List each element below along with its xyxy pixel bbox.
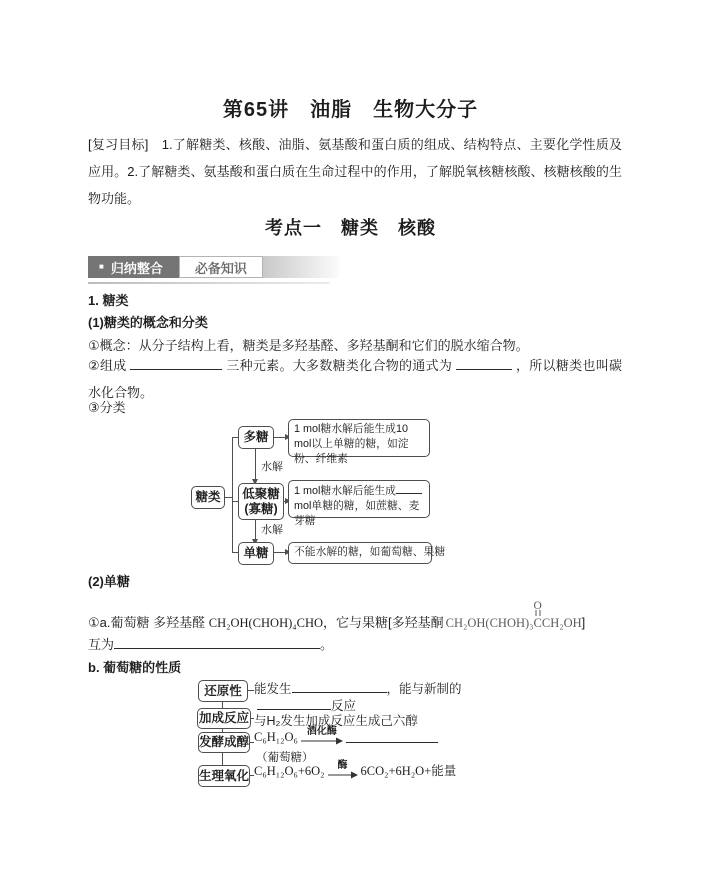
document-page: 第65讲 油脂 生物大分子 [复习目标] 1.了解糖类、核酸、油脂、氨基酸和蛋白… — [0, 0, 701, 877]
node-oligosaccharide-sublabel: (寡糖) — [244, 502, 277, 517]
node-addition: 加成反应 — [197, 708, 251, 729]
hydrolysis-label-top: 水解 — [261, 458, 283, 474]
arrow-down-icon — [255, 518, 256, 540]
carbonyl-group: CO — [534, 616, 542, 631]
node-reduction-label: 还原性 — [204, 684, 242, 699]
heading-sugar: 1. 糖类 — [88, 290, 128, 309]
fructose-structural-formula: CH₂OH(CHOH)₃COCH₂OH — [446, 616, 582, 631]
composition-mid: 三种元素。大多数糖类化合物的通式为 — [226, 358, 452, 373]
glucose-pre: ①a.葡萄糖 多羟基醛 — [88, 615, 209, 630]
section-banner: ■ 归纳整合 必备知识 — [88, 256, 339, 278]
bracket-close: ] — [582, 615, 586, 630]
banner-underline — [88, 282, 330, 284]
node-reduction: 还原性 — [198, 680, 248, 702]
classify-label: ③分类 — [88, 397, 126, 416]
desc-oligosaccharide: 1 mol糖水解后能生成 mol单糖的糖，如蔗糖、麦芽糖 — [288, 480, 430, 518]
composition-pre: ②组成 — [88, 358, 127, 373]
node-monosaccharide: 单糖 — [238, 542, 274, 565]
enzyme-label: 酶 — [338, 760, 348, 771]
oxidation-right: 6CO₂+6H₂O+能量 — [361, 761, 457, 779]
reduction-t2: ，能与新制的 — [387, 682, 462, 696]
node-fermentation: 发酵成醇 — [198, 732, 250, 753]
glucose-mid: ，它与果糖[多羟基酮 — [323, 615, 444, 630]
reduction-t1: 能发生 — [254, 682, 292, 696]
node-monosaccharide-label: 单糖 — [243, 546, 268, 561]
desc-oligosaccharide-pre: 1 mol糖水解后能生成 — [294, 485, 396, 497]
enzyme-label: 酒化酶 — [307, 726, 337, 737]
heading-concept-class: (1)糖类的概念和分类 — [88, 312, 208, 331]
blank-line — [346, 729, 438, 743]
banner-tab-secondary-label: 必备知识 — [195, 258, 247, 277]
blank-line — [114, 635, 320, 649]
blank-line — [456, 356, 512, 370]
blank-line — [396, 483, 422, 494]
fructose-suffix: CH₂OH — [542, 616, 582, 630]
node-addition-label: 加成反应 — [199, 711, 249, 726]
node-polysaccharide-label: 多糖 — [243, 430, 268, 445]
node-oxidation: 生理氧化 — [198, 765, 250, 787]
heading-monosaccharide: (2)单糖 — [88, 571, 130, 590]
composition-line: ②组成 三种元素。大多数糖类化合物的通式为 ，所以糖类也叫碳水化合物。 — [88, 352, 622, 406]
node-oxidation-label: 生理氧化 — [199, 769, 249, 784]
review-objectives: [复习目标] 1.了解糖类、核酸、油脂、氨基酸和蛋白质的组成、结构特点、主要化学… — [88, 131, 622, 212]
fructose-prefix: CH₂OH(CHOH)₃ — [446, 616, 534, 630]
carbonyl-carbon: C — [534, 616, 542, 630]
arrow-right-icon — [272, 437, 286, 438]
desc-oligosaccharide-post: mol单糖的糖，如蔗糖、麦芽糖 — [294, 500, 419, 527]
section-heading: 考点一 糖类 核酸 — [0, 214, 701, 240]
desc-monosaccharide: 不能水解的糖，如葡萄糖、果糖 — [288, 542, 432, 564]
desc-polysaccharide: 1 mol糖水解后能生成10 mol以上单糖的糖，如淀粉、纤维素 — [288, 419, 430, 457]
double-bond-icon — [535, 610, 540, 616]
reaction-arrow-icon — [301, 737, 343, 745]
fermentation-equation: C₆H₁₂O₆ 酒化酶 — [254, 726, 438, 745]
node-oligosaccharide: 低聚糖 (寡糖) — [238, 483, 284, 520]
glucose-properties-diagram: 还原性 能发生，能与新制的 反应 加成反应 与H₂发生加成反应生成己六醇 发酵成… — [88, 676, 628, 796]
blank-line — [292, 679, 387, 693]
glucose-line: ①a.葡萄糖 多羟基醛 CH₂OH(CHOH)₄CHO，它与果糖[多羟基酮CH₂… — [88, 612, 585, 631]
oxidation-left: C₆H₁₂O₆+6O₂ — [254, 764, 325, 779]
banner-tab-primary: ■ 归纳整合 — [88, 256, 179, 278]
node-polysaccharide: 多糖 — [238, 426, 274, 449]
arrow-right-icon — [272, 552, 286, 553]
mutual-pre: 互为 — [88, 637, 114, 652]
oxidation-equation: C₆H₁₂O₆+6O₂ 酶 6CO₂+6H₂O+能量 — [254, 760, 456, 779]
fermentation-reactant: C₆H₁₂O₆ — [254, 730, 298, 745]
trunk-line — [232, 437, 233, 552]
arrow-down-icon — [255, 447, 256, 480]
reduction-text-line1: 能发生，能与新制的 — [254, 679, 462, 697]
node-oligosaccharide-label: 低聚糖 — [242, 487, 280, 502]
mutual-post: 。 — [320, 637, 333, 652]
desc-polysaccharide-text: 1 mol糖水解后能生成10 mol以上单糖的糖，如淀粉、纤维素 — [294, 423, 409, 465]
glucose-formula: CH₂OH(CHOH)₄CHO — [209, 616, 323, 630]
banner-tab-secondary: 必备知识 — [179, 256, 263, 278]
banner-gradient-strip — [263, 256, 339, 278]
reaction-arrow-with-label: 酒化酶 — [301, 726, 343, 745]
square-bullet-icon: ■ — [99, 263, 104, 271]
mutual-line: 互为。 — [88, 634, 333, 653]
node-sugar-root: 糖类 — [191, 486, 225, 509]
reaction-arrow-icon — [328, 771, 358, 779]
banner-tab-primary-label: 归纳整合 — [111, 258, 163, 277]
node-fermentation-label: 发酵成醇 — [199, 735, 249, 750]
blank-line — [257, 696, 331, 710]
classification-diagram: 糖类 多糖 1 mol糖水解后能生成10 mol以上单糖的糖，如淀粉、纤维素 水… — [88, 415, 628, 570]
node-sugar-root-label: 糖类 — [195, 490, 220, 505]
heading-glucose-properties: b. 葡萄糖的性质 — [88, 657, 181, 676]
page-title: 第65讲 油脂 生物大分子 — [0, 93, 701, 122]
desc-monosaccharide-text: 不能水解的糖，如葡萄糖、果糖 — [294, 546, 445, 558]
blank-line — [130, 356, 222, 370]
hydrolysis-label-bottom: 水解 — [261, 521, 283, 537]
reaction-arrow-with-label: 酶 — [328, 760, 358, 779]
